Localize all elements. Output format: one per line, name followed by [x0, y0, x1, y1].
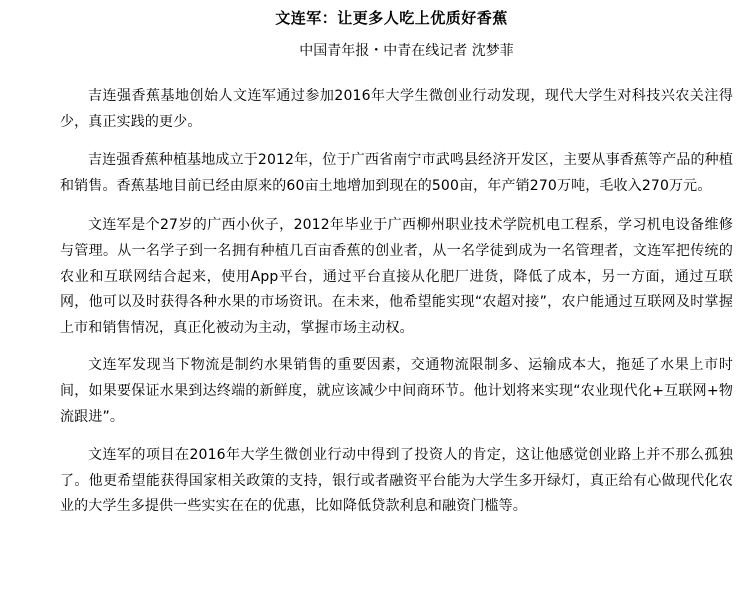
- article-body: 吉连强香蕉基地创始人文连军通过参加2016年大学生微创业行动发现，现代大学生对科…: [0, 84, 753, 520]
- article-paragraph: 吉连强香蕉种植基地成立于2012年，位于广西省南宁市武鸣县经济开发区，主要从事香…: [60, 148, 733, 199]
- article-paragraph: 文连军的项目在2016年大学生微创业行动中得到了投资人的肯定，这让他感觉创业路上…: [60, 443, 733, 520]
- article-paragraph: 文连军是个27岁的广西小伙子，2012年毕业于广西柳州职业技术学院机电工程系，学…: [60, 213, 733, 341]
- article-byline: 中国青年报・中青在线记者 沈梦菲: [0, 28, 753, 61]
- article-paragraph: 文连军发现当下物流是制约水果销售的重要因素，交通物流限制多、运输成本大，拖延了水…: [60, 353, 733, 430]
- article-title: 文连军：让更多人吃上优质好香蕉: [0, 0, 753, 28]
- article: 文连军：让更多人吃上优质好香蕉 中国青年报・中青在线记者 沈梦菲 吉连强香蕉基地…: [0, 0, 753, 520]
- article-paragraph: 吉连强香蕉基地创始人文连军通过参加2016年大学生微创业行动发现，现代大学生对科…: [60, 84, 733, 135]
